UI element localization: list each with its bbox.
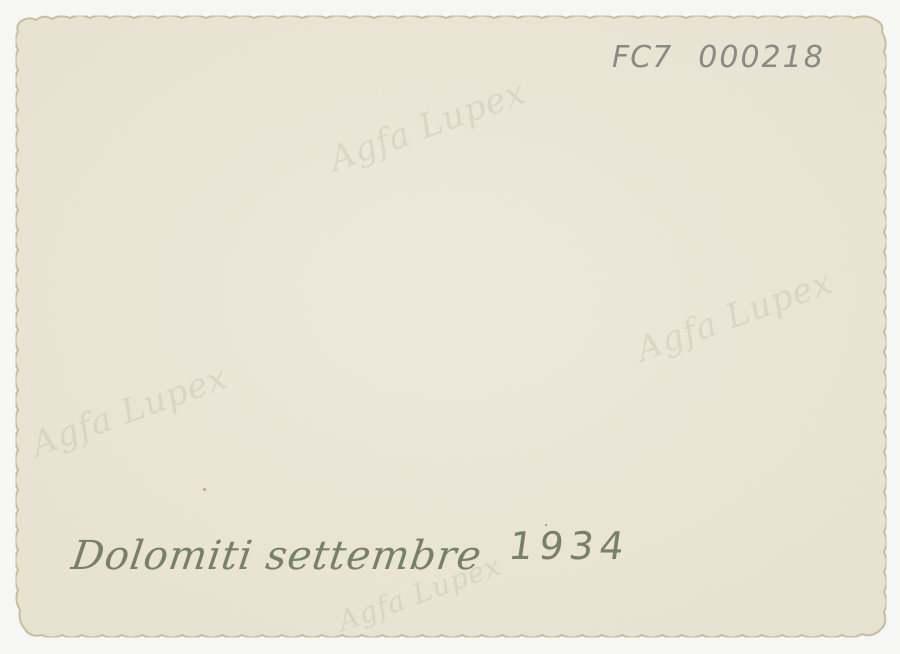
archive-code-number: 000218 [698,40,825,75]
caption-place-month: Dolomiti settembre [69,533,485,579]
paper-speck [203,488,206,491]
paper-speck [545,524,547,526]
archive-code-prefix: FC7 [612,40,672,75]
photograph-back: Agfa Lupex Agfa Lupex Agfa Lupex Agfa Lu… [0,0,900,654]
scan-background: Agfa Lupex Agfa Lupex Agfa Lupex Agfa Lu… [0,0,900,654]
caption-year: 1934 [506,524,633,568]
handwritten-caption: Dolomiti settembre1934 [69,533,632,579]
archive-code: FC7000218 [612,40,825,75]
